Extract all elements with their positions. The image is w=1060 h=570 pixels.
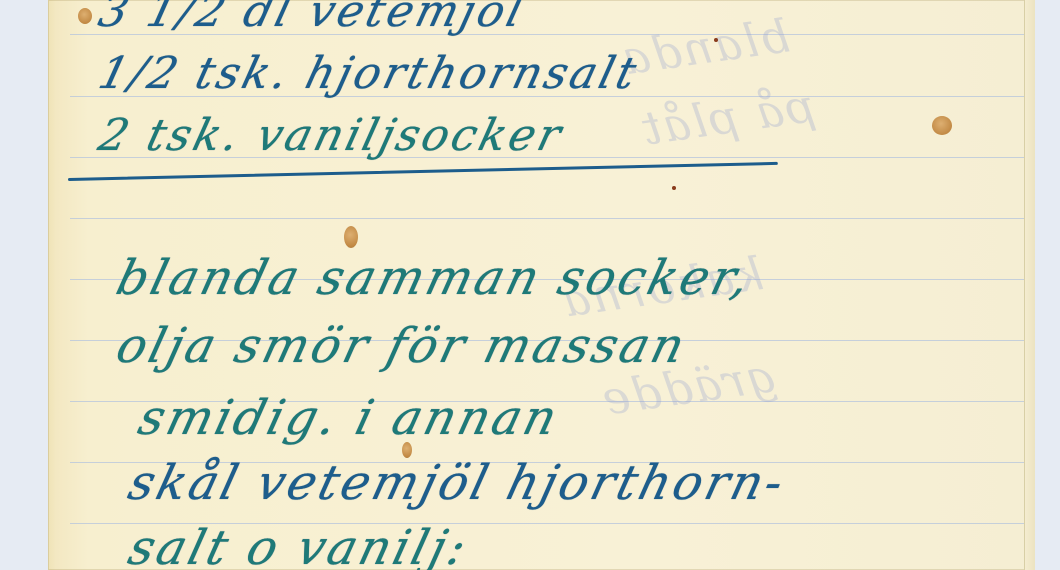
ingredient-line: 2 tsk. vaniljsocker [94,110,569,161]
ingredient-line: 1/2 tsk. hjorthornsalt [94,48,644,99]
instruction-line: smidig. i annan [133,390,565,446]
notebook-page-edge-right [1024,0,1035,570]
instruction-line: blanda samman socker, [111,250,758,306]
ingredient-line: 3 1/2 dl vetemjöl [94,0,531,37]
ink-speck [714,38,718,42]
ink-speck [672,186,676,190]
stain [344,226,358,248]
instruction-line: olja smör för massan [111,318,693,374]
stain [78,8,92,24]
stain [932,116,952,135]
instruction-line: skål vetemjöl hjorthorn- [123,455,792,511]
stain [402,442,412,458]
ruled-line [70,218,1024,219]
instruction-line: salt o vanilj: [123,520,475,570]
